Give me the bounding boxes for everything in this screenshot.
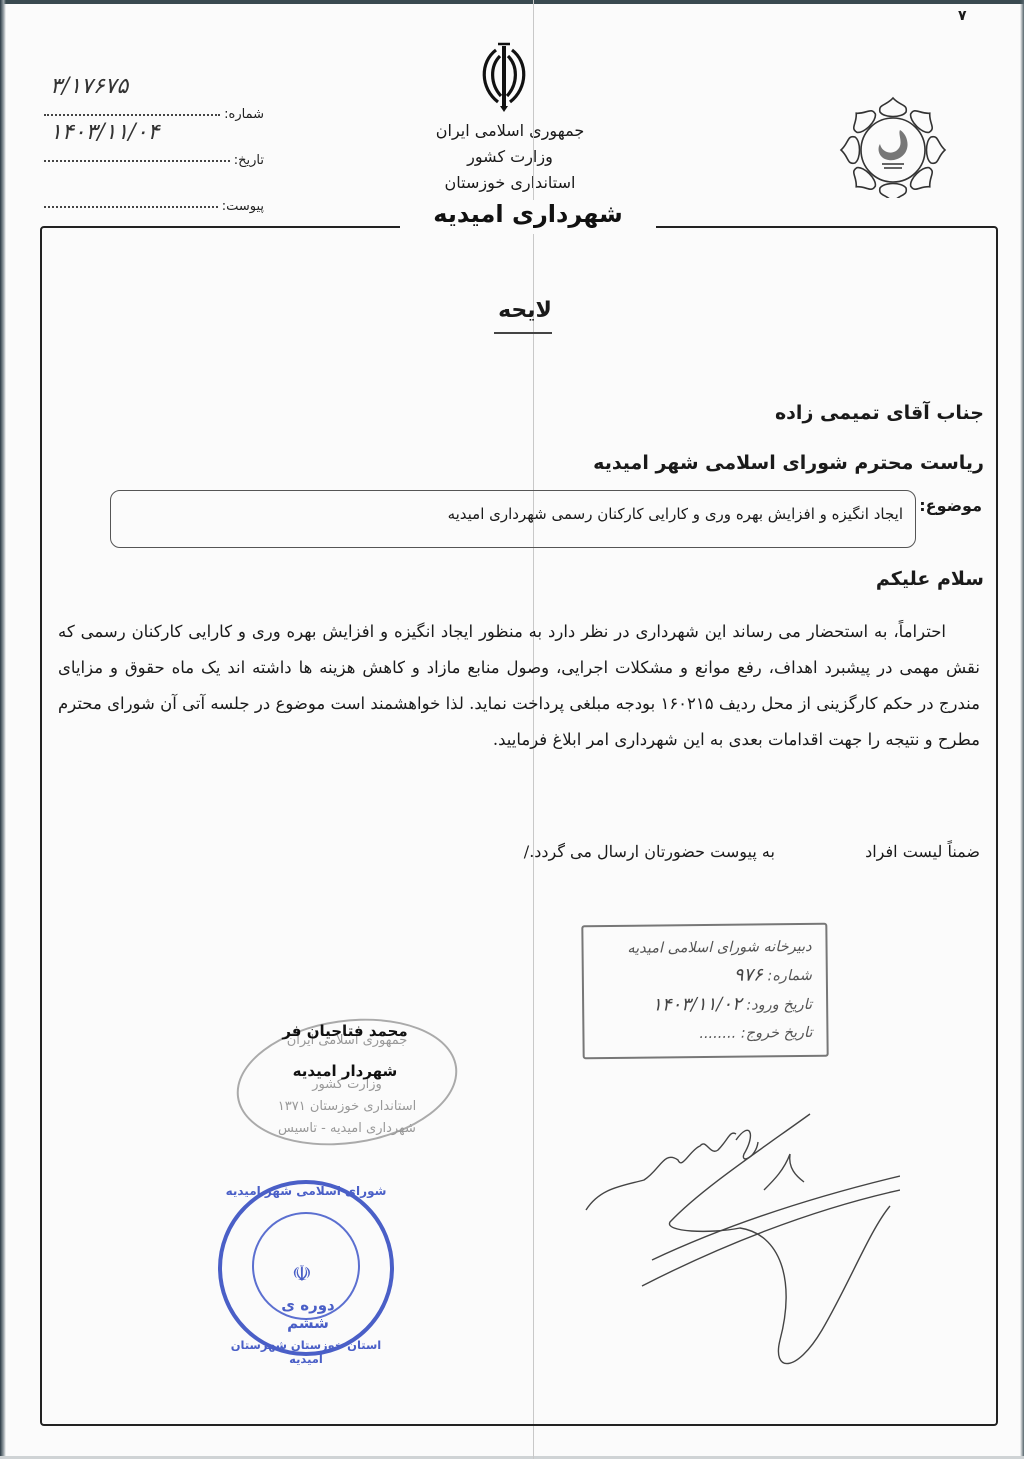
stamp-exit-date-row: تاریخ خروج: ........ [598,1019,812,1049]
signatory-block: محمد فتاحیان فر شهردار امیدیه [260,1018,430,1084]
scan-edge [1020,0,1024,1459]
document-type-underline [494,332,552,334]
stamp-number-label: شماره: [767,968,812,984]
letter-attachment-row: پیوست: [44,168,264,214]
council-seal-term: دوره ی ششم [258,1296,358,1332]
letter-number-row: شماره: ۳/۱۷۶۷۵ [44,76,264,122]
note-part-2: به پیوست حضورتان ارسال می گردد./ [524,842,775,861]
iran-emblem-icon [476,40,532,112]
document-type: لایحه [470,298,580,323]
note-part-1: ضمناً لیست افراد [865,842,980,861]
subject-label: موضوع: [919,496,982,515]
iran-emblem-icon: ☫ [292,1262,312,1287]
dotted-line [44,160,230,162]
province-name: استانداری خوزستان [380,170,640,196]
addressee-title: ریاست محترم شورای اسلامی شهر امیدیه [284,438,984,488]
stamp-number-row: شماره: ۹۷۶ [598,961,812,992]
country-name: جمهوری اسلامی ایران [380,118,640,144]
addressee: جناب آقای تمیمی زاده ریاست محترم شورای ا… [284,388,984,488]
seal-line: شهرداری امیدیه - تاسیس [236,1118,458,1140]
municipality-title: شهرداری امیدیه [400,200,656,228]
stamp-exit-date-value: ........ [699,1026,736,1042]
stamp-title: دبیرخانه شورای اسلامی امیدیه [597,933,811,963]
seal-line: استانداری خوزستان ۱۳۷۱ [236,1096,458,1118]
stamp-entry-date-label: تاریخ ورود: [746,997,812,1014]
scan-edge [0,0,1024,4]
letter-attachment-label: پیوست: [222,199,264,214]
attachment-note: ضمناً لیست افراد به پیوست حضورتان ارسال … [400,842,980,861]
subject-text: ایجاد انگیزه و افزایش بهره وری و کارایی … [448,505,903,523]
council-seal-bottom-text: استان خوزستان شهرستان امیدیه [218,1338,394,1366]
municipality-logo-icon [838,38,948,198]
letter-date-label: تاریخ: [234,153,264,168]
handwritten-signature-icon [560,1110,900,1380]
letter-number-label: شماره: [224,107,264,122]
secretariat-receipt-stamp: دبیرخانه شورای اسلامی امیدیه شماره: ۹۷۶ … [581,923,828,1060]
letter-date-row: تاریخ: ۱۴۰۳/۱۱/۰۴ [44,122,264,168]
stamp-number-value: ۹۷۶ [734,964,763,985]
stamp-entry-date-row: تاریخ ورود: ۱۴۰۳/۱۱/۰۲ [598,990,812,1021]
scan-edge [0,0,6,1459]
letter-body: احتراماً، به استحضار می رساند این شهردار… [58,614,980,758]
letter-meta: شماره: ۳/۱۷۶۷۵ تاریخ: ۱۴۰۳/۱۱/۰۴ پیوست: [44,76,264,214]
organization-header: جمهوری اسلامی ایران وزارت کشور استانداری… [380,118,640,196]
ministry-name: وزارت کشور [380,144,640,170]
council-seal-top-text: شورای اسلامی شهر امیدیه [218,1184,394,1198]
letter-date-value: ۱۴۰۳/۱۱/۰۴ [50,120,159,145]
subject-box: ایجاد انگیزه و افزایش بهره وری و کارایی … [110,490,916,548]
dotted-line [44,114,220,116]
stamp-exit-date-label: تاریخ خروج: [741,1025,813,1042]
page-number: ۷ [958,8,967,24]
stamp-entry-date-value: ۱۴۰۳/۱۱/۰۲ [652,994,742,1016]
greeting: سلام علیکم [876,568,984,590]
addressee-name: جناب آقای تمیمی زاده [284,388,984,438]
signatory-name: محمد فتاحیان فر [282,1022,407,1040]
letter-number-value: ۳/۱۷۶۷۵ [50,74,128,99]
body-paragraph: احتراماً، به استحضار می رساند این شهردار… [58,622,980,749]
signatory-title: شهردار امیدیه [260,1058,430,1084]
dotted-line [44,206,218,208]
